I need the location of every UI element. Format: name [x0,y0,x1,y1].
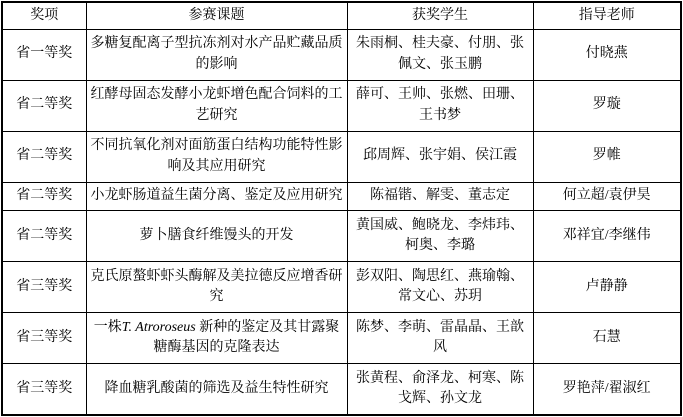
table-row: 省二等奖红酵母固态发酵小龙虾增色配合饲料的工艺研究薛可、王帅、张燃、田珊、王书梦… [2,80,681,131]
topic-segment: 不同抗氧化剂对面筋蛋白结构功能特性影响及其应用研究 [91,138,343,173]
topic-cell: 克氏原螯虾虾头酶解及美拉德反应增香研究 [86,261,347,312]
award-cell: 省三等奖 [2,312,86,363]
students-cell: 张黄程、俞泽龙、柯寒、陈戈辉、孙文龙 [347,363,533,415]
header-award: 奖项 [2,2,86,29]
teacher-cell: 何立超/袁伊昊 [533,182,681,210]
topic-segment: T. Atroroseus [122,320,196,335]
topic-segment: 萝卜膳食纤维馒头的开发 [140,228,294,243]
teacher-cell: 罗璇 [533,80,681,131]
header-topic: 参赛课题 [86,2,347,29]
teacher-cell: 石慧 [533,312,681,363]
students-cell: 彭双阳、陶思红、燕瑜翰、常文心、苏玥 [347,261,533,312]
table-row: 省二等奖不同抗氧化剂对面筋蛋白结构功能特性影响及其应用研究邱周辉、张宇娟、侯江霞… [2,131,681,182]
topic-cell: 小龙虾肠道益生菌分离、鉴定及应用研究 [86,182,347,210]
table-row: 省三等奖一株T. Atroroseus 新种的鉴定及其甘露聚糖酶基因的克隆表达陈… [2,312,681,363]
table-row: 省二等奖萝卜膳食纤维馒头的开发黄国威、鲍晓龙、李炜玮、柯奥、李璐邓祥宜/李继伟 [2,210,681,261]
teacher-cell: 卢静静 [533,261,681,312]
students-cell: 陈福锴、解雯、董志定 [347,182,533,210]
teacher-cell: 罗艳萍/翟淑红 [533,363,681,415]
page: 奖项 参赛课题 获奖学生 指导老师 省一等奖多糖复配离子型抗冻剂对水产品贮藏品质… [0,0,683,417]
award-cell: 省三等奖 [2,261,86,312]
teacher-cell: 付晓燕 [533,29,681,80]
award-cell: 省二等奖 [2,131,86,182]
topic-segment: 小龙虾肠道益生菌分离、鉴定及应用研究 [91,188,343,203]
table-row: 省一等奖多糖复配离子型抗冻剂对水产品贮藏品质的影响朱雨桐、桂夫豪、付朋、张佩文、… [2,29,681,80]
topic-cell: 不同抗氧化剂对面筋蛋白结构功能特性影响及其应用研究 [86,131,347,182]
students-cell: 黄国威、鲍晓龙、李炜玮、柯奥、李璐 [347,210,533,261]
students-cell: 朱雨桐、桂夫豪、付朋、张佩文、张玉鹏 [347,29,533,80]
award-cell: 省一等奖 [2,29,86,80]
header-teacher: 指导老师 [533,2,681,29]
award-cell: 省二等奖 [2,182,86,210]
award-cell: 省二等奖 [2,210,86,261]
topic-cell: 降血糖乳酸菌的筛选及益生特性研究 [86,363,347,415]
topic-segment: 多糖复配离子型抗冻剂对水产品贮藏品质的影响 [91,36,343,71]
topic-segment: 一株 [94,320,122,335]
topic-cell: 多糖复配离子型抗冻剂对水产品贮藏品质的影响 [86,29,347,80]
table-body: 省一等奖多糖复配离子型抗冻剂对水产品贮藏品质的影响朱雨桐、桂夫豪、付朋、张佩文、… [2,29,681,415]
topic-cell: 一株T. Atroroseus 新种的鉴定及其甘露聚糖酶基因的克隆表达 [86,312,347,363]
students-cell: 邱周辉、张宇娟、侯江霞 [347,131,533,182]
table-row: 省二等奖小龙虾肠道益生菌分离、鉴定及应用研究陈福锴、解雯、董志定何立超/袁伊昊 [2,182,681,210]
topic-segment: 克氏原螯虾虾头酶解及美拉德反应增香研究 [91,269,343,304]
award-cell: 省三等奖 [2,363,86,415]
topic-cell: 萝卜膳食纤维馒头的开发 [86,210,347,261]
header-row: 奖项 参赛课题 获奖学生 指导老师 [2,2,681,29]
students-cell: 陈梦、李萌、雷晶晶、王歆风 [347,312,533,363]
topic-cell: 红酵母固态发酵小龙虾增色配合饲料的工艺研究 [86,80,347,131]
award-cell: 省二等奖 [2,80,86,131]
table-row: 省三等奖降血糖乳酸菌的筛选及益生特性研究张黄程、俞泽龙、柯寒、陈戈辉、孙文龙罗艳… [2,363,681,415]
teacher-cell: 罗帷 [533,131,681,182]
topic-segment: 红酵母固态发酵小龙虾增色配合饲料的工艺研究 [91,87,343,122]
students-cell: 薛可、王帅、张燃、田珊、王书梦 [347,80,533,131]
awards-table: 奖项 参赛课题 获奖学生 指导老师 省一等奖多糖复配离子型抗冻剂对水产品贮藏品质… [1,1,682,416]
topic-segment: 降血糖乳酸菌的筛选及益生特性研究 [105,381,329,396]
teacher-cell: 邓祥宜/李继伟 [533,210,681,261]
header-students: 获奖学生 [347,2,533,29]
table-row: 省三等奖克氏原螯虾虾头酶解及美拉德反应增香研究彭双阳、陶思红、燕瑜翰、常文心、苏… [2,261,681,312]
